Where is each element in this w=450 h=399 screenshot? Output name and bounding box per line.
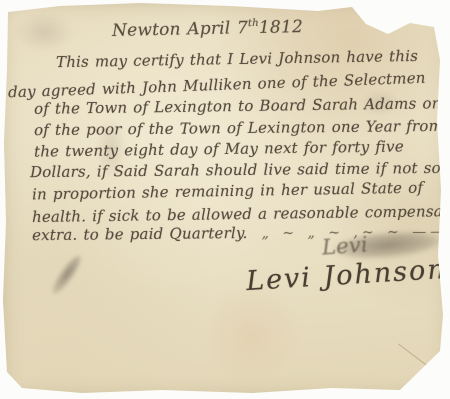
- faint-stain: [14, 12, 74, 52]
- dateline: Newton April 7th1812: [112, 17, 303, 41]
- dateline-place-date: Newton April 7: [112, 18, 248, 41]
- body-line: of the poor of the Town of Lexington one…: [34, 117, 443, 139]
- body-line: Dollars, if Said Sarah should live said …: [30, 159, 441, 181]
- body-line: in proportion she remaining in her usual…: [32, 179, 423, 204]
- dateline-year: 1812: [259, 17, 303, 38]
- pencil-smudge: [48, 252, 85, 297]
- signature: Levi Johnson: [245, 254, 447, 297]
- paper-sheet: Newton April 7th1812 This may certify th…: [0, 0, 450, 399]
- body-line: This may certify that I Levi Johnson hav…: [56, 47, 418, 71]
- corner-fold-crease: [398, 343, 448, 381]
- body-line: the twenty eight day of May next for for…: [34, 137, 404, 160]
- body-line-text: extra. to be paid Quarterly.: [32, 224, 248, 244]
- dateline-ordinal-superscript: th: [248, 18, 259, 29]
- document-scan: Newton April 7th1812 This may certify th…: [0, 0, 450, 399]
